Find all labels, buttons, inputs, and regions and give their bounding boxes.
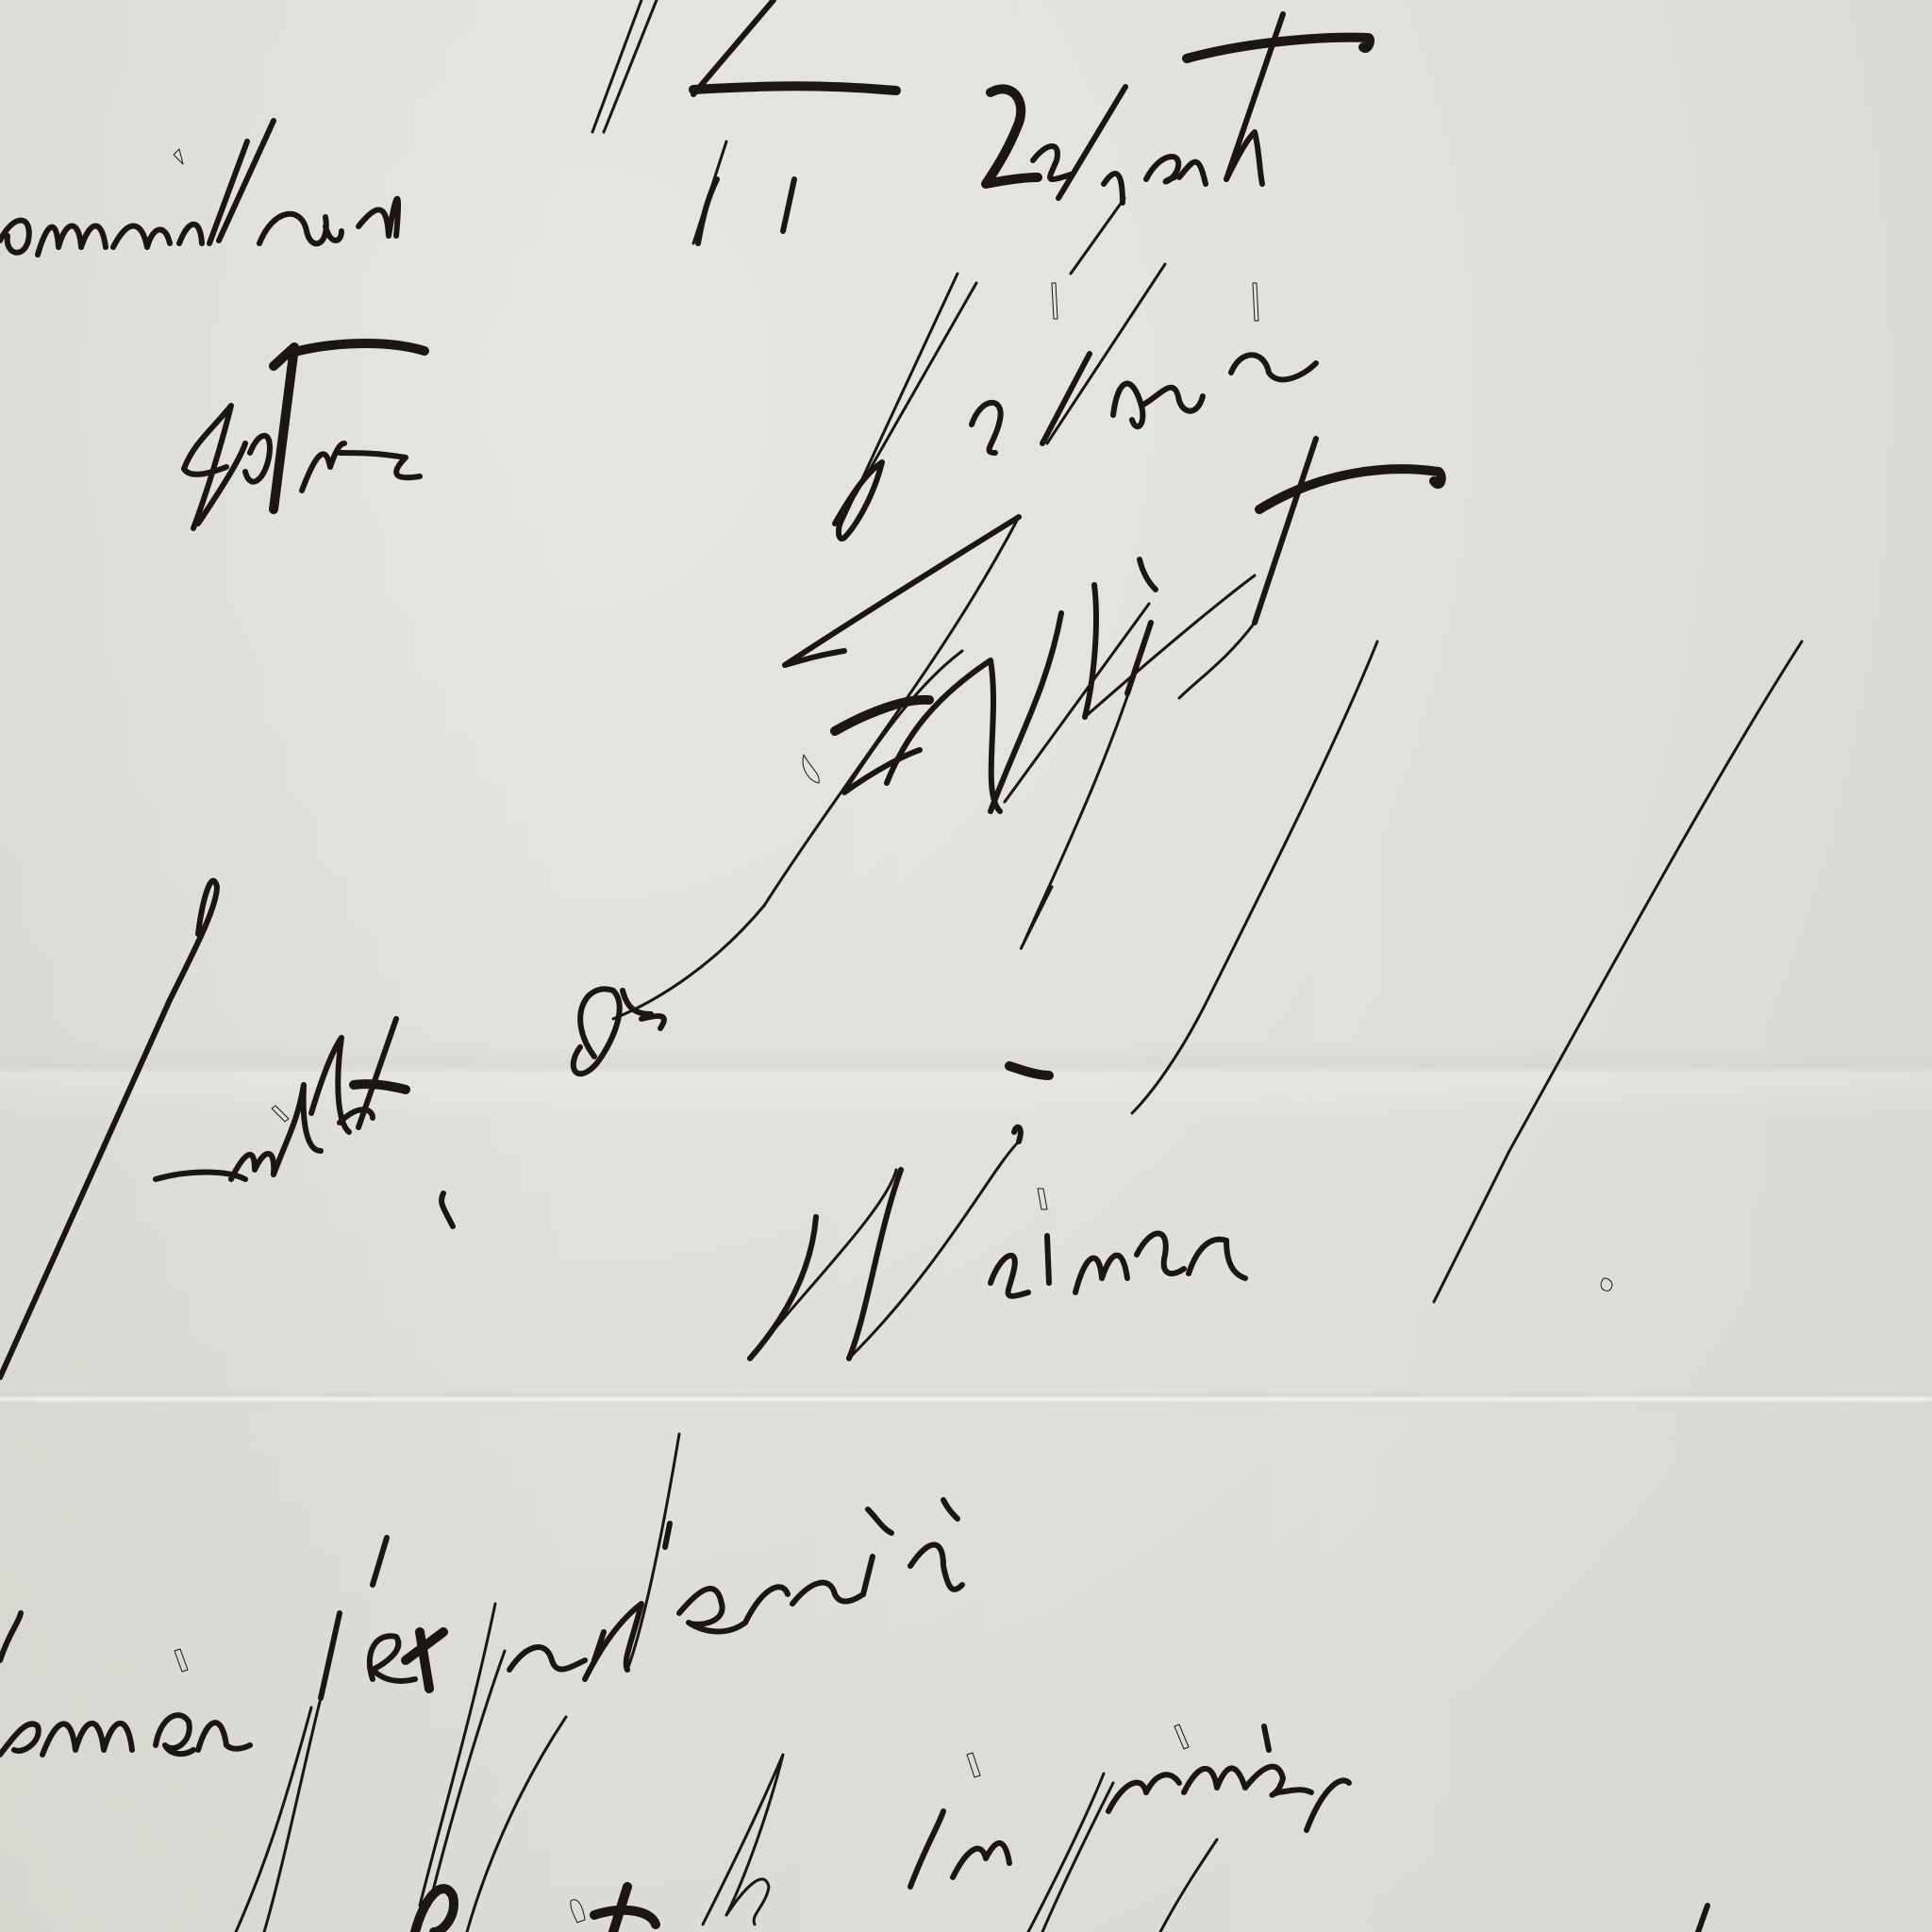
word-connaissants — [0, 0, 896, 255]
word-votre — [184, 343, 425, 528]
signature-flourish — [1434, 641, 1802, 1302]
word-et — [571, 1887, 656, 1932]
letter-page: …connaissants respects Votre dévoué F. L… — [0, 0, 1932, 1932]
word-respects — [986, 14, 1370, 274]
word-jexpedierai-a — [370, 1434, 962, 1906]
word-imprimes — [910, 1724, 1707, 1932]
date-juillet-85 — [0, 881, 1049, 1377]
handwriting-ink — [0, 0, 1932, 1932]
word-demain — [0, 1613, 340, 1932]
word-devoue — [835, 264, 1316, 539]
word-r — [415, 1717, 566, 1932]
signature-liszt — [613, 439, 1441, 1113]
word-les — [703, 1755, 783, 1924]
place-weimar — [750, 1127, 1612, 1358]
